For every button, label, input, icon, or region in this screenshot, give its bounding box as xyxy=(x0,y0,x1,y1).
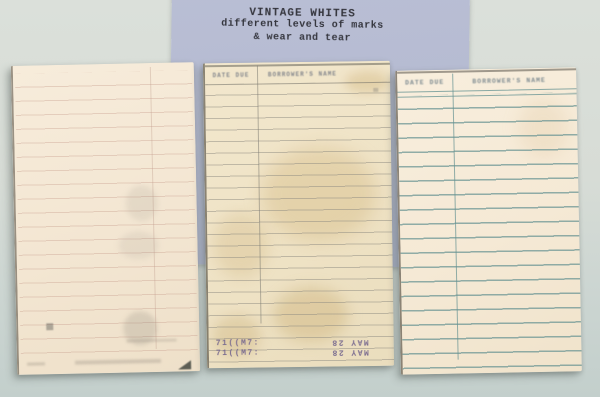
library-card-middle: DATE DUE BORROWER'S NAME 71((M7: MAY 28 … xyxy=(203,61,394,369)
faint-mark xyxy=(373,88,378,92)
faded-print-mark xyxy=(27,362,45,365)
corner-chip-mark xyxy=(178,360,191,369)
photo-background: VINTAGE WHITES different levels of marks… xyxy=(0,0,600,397)
borrowers-name-label: BORROWER'S NAME xyxy=(268,70,337,78)
library-card-right: DATE DUE BORROWER'S NAME xyxy=(395,67,582,374)
borrowers-name-label: BORROWER'S NAME xyxy=(472,77,546,85)
date-due-label: DATE DUE xyxy=(405,79,444,87)
date-stamp: 71((M7: xyxy=(216,339,260,349)
date-due-header-cell: DATE DUE xyxy=(205,66,257,85)
date-due-header-cell: DATE DUE xyxy=(397,74,452,92)
date-due-label: DATE DUE xyxy=(212,71,249,79)
ruled-lines xyxy=(205,82,394,369)
label-text-block: VINTAGE WHITES different levels of marks… xyxy=(171,0,470,47)
ruled-lines xyxy=(398,92,582,372)
ruled-lines xyxy=(15,70,198,361)
date-stamp: 71((M7: xyxy=(216,349,260,359)
library-card-left xyxy=(11,62,200,375)
faded-print-mark xyxy=(75,359,161,365)
upside-down-date-stamp: MAY 28 xyxy=(321,337,379,347)
borrowers-name-header-cell: BORROWER'S NAME xyxy=(257,64,390,84)
label-subtitle-line-2: & wear and tear xyxy=(175,30,429,46)
upside-down-date-stamp: MAY 28 xyxy=(321,347,379,357)
square-stamp-mark xyxy=(46,323,53,330)
